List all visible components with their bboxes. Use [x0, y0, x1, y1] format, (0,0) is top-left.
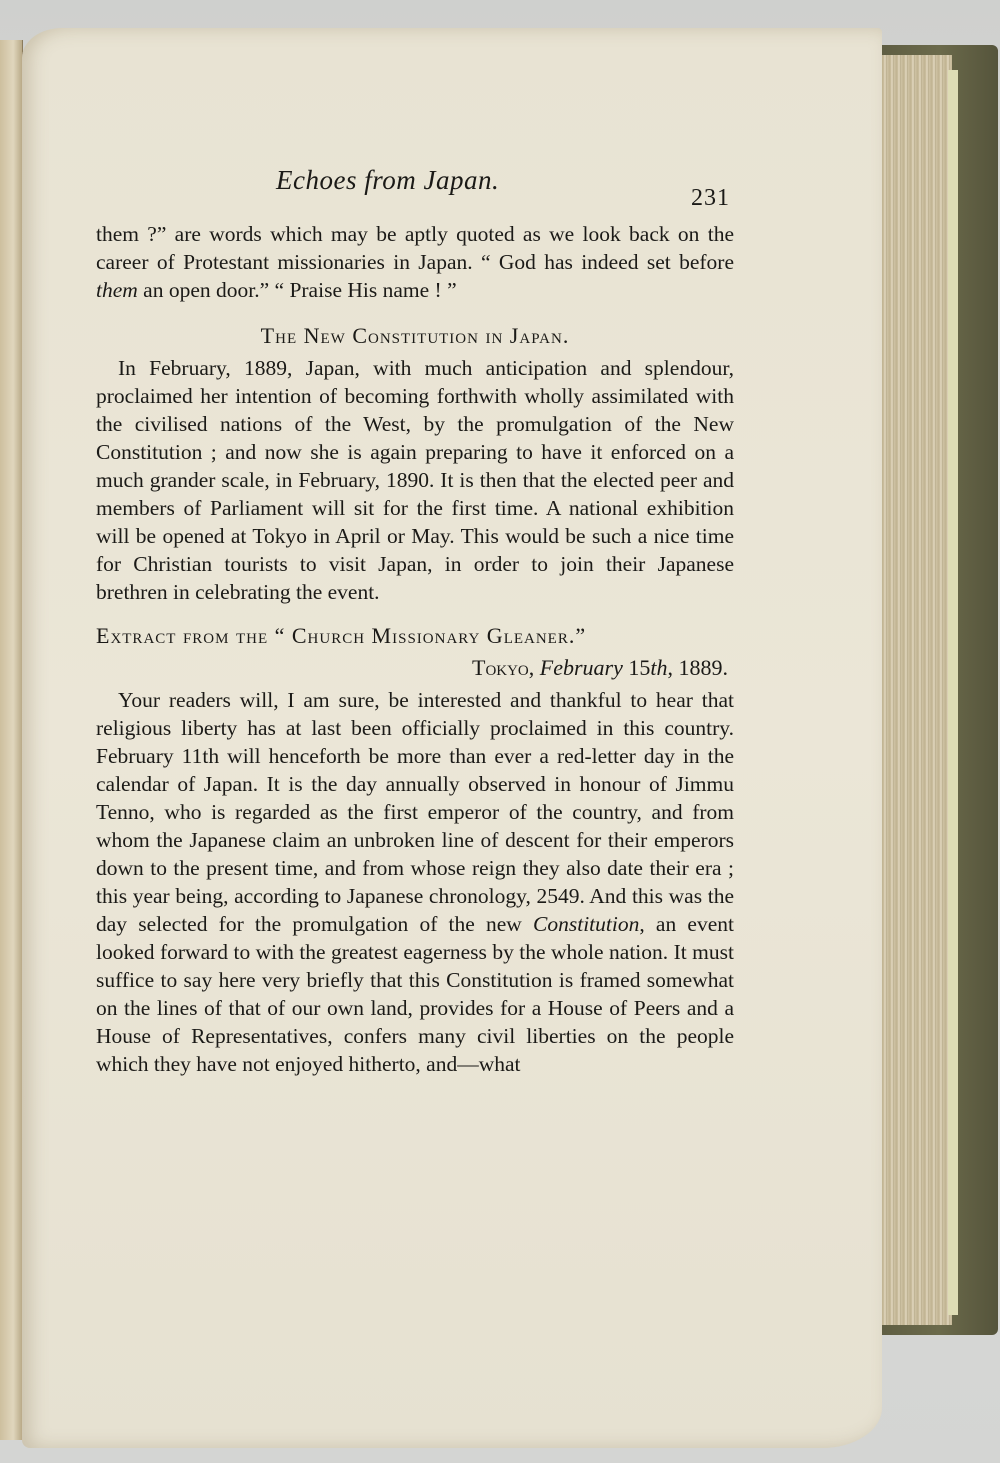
dateline-place: Tokyo,: [472, 655, 534, 680]
facing-page-edge: [0, 40, 23, 1440]
dateline-month: February: [540, 655, 623, 680]
section-heading-constitution: The New Constitution in Japan.: [96, 322, 734, 350]
constitution-paragraph: In February, 1889, Japan, with much anti…: [96, 354, 734, 606]
page-number: 231: [691, 184, 730, 212]
extract-emphasis: Constitution: [533, 912, 639, 936]
opening-emphasis: them: [96, 278, 138, 302]
dateline-year: , 1889.: [668, 655, 729, 680]
opening-paragraph: them ?” are words which may be aptly quo…: [96, 220, 734, 304]
page-content: Echoes from Japan. 231 them ?” are words…: [96, 160, 734, 1078]
dateline: Tokyo, February 15th, 1889.: [96, 654, 728, 682]
extract-text-2: , an event looked forward to with the gr…: [96, 912, 734, 1076]
opening-text-1: them ?” are words which may be aptly quo…: [96, 222, 734, 274]
extract-text-1: Your readers will, I am sure, be interes…: [96, 688, 734, 936]
running-head: Echoes from Japan. 231: [96, 160, 734, 220]
endpaper: [948, 70, 958, 1315]
page-edges: [880, 55, 952, 1325]
dateline-day-suffix: th: [650, 655, 667, 680]
section-heading-extract: Extract from the “ Church Missionary Gle…: [96, 622, 734, 650]
running-title: Echoes from Japan.: [276, 166, 499, 194]
extract-paragraph: Your readers will, I am sure, be interes…: [96, 686, 734, 1078]
dateline-day: 15: [623, 655, 651, 680]
opening-text-2: an open door.” “ Praise His name ! ”: [138, 278, 457, 302]
